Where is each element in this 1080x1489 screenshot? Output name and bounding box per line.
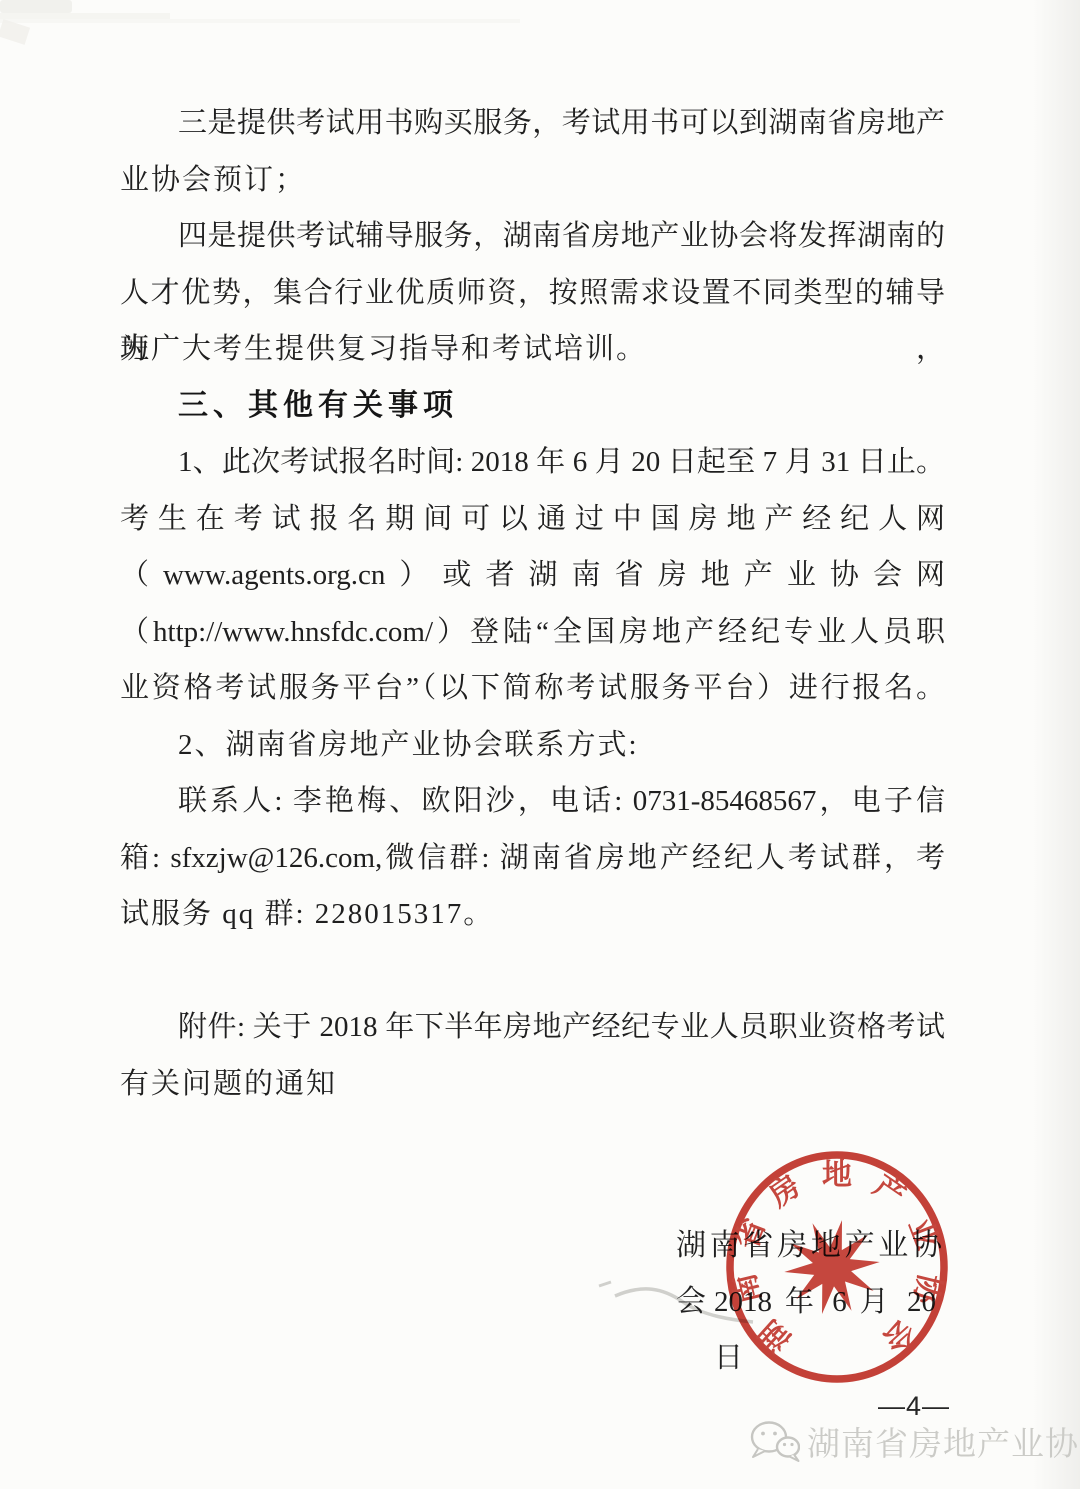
official-seal: 湖南省房地产业协会 [724,1150,950,1384]
scan-smudge [0,0,72,13]
document-body: 三是提供考试用书购买服务，考试用书可以到湖南省房地产 业协会预订； 四是提供考试… [120,95,945,1112]
body-line: （http://www.hnsfdc.com/）登陆“全国房地产经纪专业人员职 [120,604,945,661]
svg-text:房: 房 [762,1168,807,1214]
scan-edge-shadow [1032,0,1080,1489]
body-line: 四是提供考试辅导服务，湖南省房地产业协会将发挥湖南的 [120,208,945,265]
svg-text:湖: 湖 [753,1313,797,1358]
section-heading: 三、其他有关事项 [120,378,945,435]
svg-text:产: 产 [867,1168,911,1213]
attachment-line: 有关问题的通知 [120,1056,945,1113]
body-line: 1、此次考试报名时间: 2018 年 6 月 20 日起至 7 月 31 日止。 [120,434,945,491]
body-line: 2、湖南省房地产业协会联系方式: [120,717,945,774]
body-line: 箱: sfxzjw@126.com,微信群: 湖南省房地产经纪人考试群，考 [120,830,945,887]
body-line: 考生在考试报名期间可以通过中国房地产经纪人网 [120,491,945,548]
body-line: 人才优势，集合行业优质师资，按照需求设置不同类型的辅导班， [120,265,945,322]
body-line: 联系人: 李艳梅、欧阳沙，电话: 0731-85468567，电子信 [120,773,945,830]
footer-watermark-text: 湖南省房地产业协会 [807,1418,1080,1465]
svg-text:协: 协 [907,1270,946,1308]
body-line: 业资格考试服务平台”（以下简称考试服务平台）进行报名。 [120,660,945,717]
svg-text:会: 会 [876,1313,920,1358]
wechat-icon [748,1420,800,1464]
scanned-document-page: 三是提供考试用书购买服务，考试用书可以到湖南省房地产 业协会预订； 四是提供考试… [0,0,1080,1489]
body-line: 三是提供考试用书购买服务，考试用书可以到湖南省房地产 [120,95,945,152]
body-line: 业协会预订； [120,152,945,209]
blank-line [120,943,945,1000]
body-line: 试服务 qq 群: 228015317。 [120,886,945,943]
scan-smudge [0,19,520,23]
attachment-line: 附件: 关于 2018 年下半年房地产经纪专业人员职业资格考试 [120,999,945,1056]
body-line: （www.agents.org.cn）或者湖南省房地产业协会网 [120,547,945,604]
footer-watermark: 湖南省房地产业协会 [748,1418,1080,1465]
svg-text:地: 地 [822,1159,852,1192]
star-icon [784,1220,879,1314]
